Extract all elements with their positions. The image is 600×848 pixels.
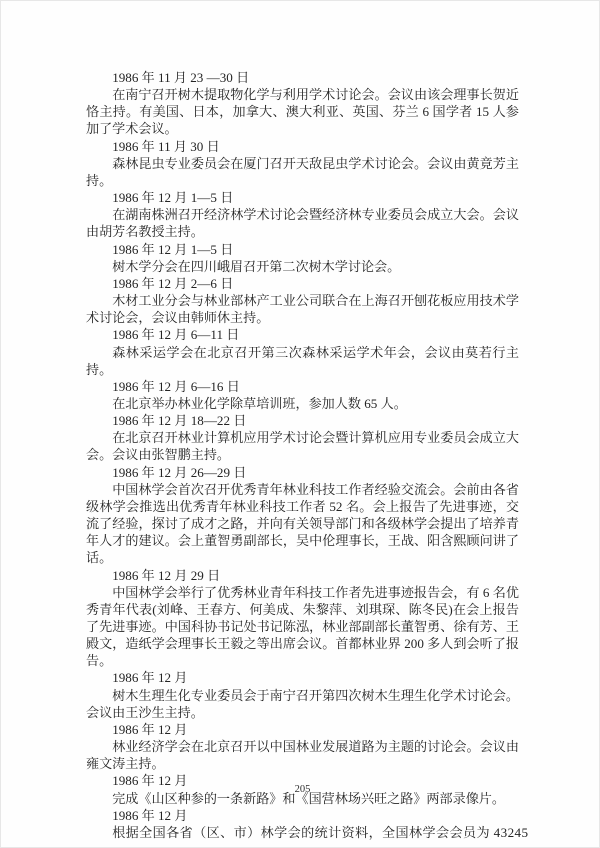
chronicle-entry: 1986 年 12 月 29 日 中国林学会举行了优秀林业青年科技工作者先进事迹…: [86, 567, 519, 670]
entry-text: 中国林学会首次召开优秀青年林业科技工作者经验交流会。会前由各省级林学会推选出优秀…: [86, 481, 519, 567]
chronicle-entry: 1986 年 11 月 30 日 森林昆虫专业委员会在厦门召开天敌昆虫学术讨论会…: [86, 138, 519, 189]
document-page: 1986 年 11 月 23 —30 日 在南宁召开树木提取物化学与利用学术讨论…: [0, 0, 600, 848]
chronicle-entry: 1986 年 12 月 林业经济学会在北京召开以中国林业发展道路为主题的讨论会。…: [86, 721, 519, 772]
chronicle-entry: 1986 年 12 月 6—11 日 森林采运学会在北京召开第三次森林采运学术年…: [86, 326, 519, 377]
entry-text: 树木生理生化专业委员会于南宁召开第四次树木生理生化学术讨论会。会议由王沙生主持。: [86, 687, 519, 721]
entry-text: 中国林学会举行了优秀林业青年科技工作者先进事迹报告会，有 6 名优秀青年代表(刘…: [86, 584, 519, 670]
entry-text: 在南宁召开树木提取物化学与利用学术讨论会。会议由该会理事长贺近恪主持。有美国、日…: [86, 86, 519, 137]
entry-date: 1986 年 11 月 30 日: [86, 138, 519, 155]
entry-text: 林业经济学会在北京召开以中国林业发展道路为主题的讨论会。会议由雍文涛主持。: [86, 738, 519, 772]
entry-date: 1986 年 12 月 1—5 日: [86, 241, 519, 258]
chronicle-entry: 1986 年 12 月 18—22 日 在北京召开林业计算机应用学术讨论会暨计算…: [86, 412, 519, 463]
entry-date: 1986 年 12 月 29 日: [86, 567, 519, 584]
chronicle-entry: 1986 年 12 月 26—29 日 中国林学会首次召开优秀青年林业科技工作者…: [86, 464, 519, 567]
entry-date: 1986 年 12 月 2—6 日: [86, 275, 519, 292]
entry-date: 1986 年 12 月 6—11 日: [86, 326, 519, 343]
chronicle-text-block: 1986 年 11 月 23 —30 日 在南宁召开树木提取物化学与利用学术讨论…: [86, 69, 519, 841]
chronicle-entry: 1986 年 12 月 2—6 日 木材工业分会与林业部林产工业公司联合在上海召…: [86, 275, 519, 326]
entry-date: 1986 年 12 月 1—5 日: [86, 189, 519, 206]
entry-date: 1986 年 12 月: [86, 807, 519, 824]
entry-date: 1986 年 11 月 23 —30 日: [86, 69, 519, 86]
entry-text: 根据全国各省（区、市）林学会的统计资料，全国林学会会员为 43245: [86, 824, 519, 841]
chronicle-entry: 1986 年 12 月 根据全国各省（区、市）林学会的统计资料，全国林学会会员为…: [86, 807, 519, 841]
entry-text: 树木学分会在四川峨眉召开第二次树木学讨论会。: [86, 258, 519, 275]
chronicle-entry: 1986 年 12 月 树木生理生化专业委员会于南宁召开第四次树木生理生化学术讨…: [86, 669, 519, 720]
entry-date: 1986 年 12 月 6—16 日: [86, 378, 519, 395]
entry-text: 在湖南株洲召开经济林学术讨论会暨经济林专业委员会成立大会。会议由胡芳名教授主持。: [86, 206, 519, 240]
entry-text: 木材工业分会与林业部林产工业公司联合在上海召开刨花板应用技术学术讨论会，会议由韩…: [86, 292, 519, 326]
entry-text: 在北京召开林业计算机应用学术讨论会暨计算机应用专业委员会成立大会。会议由张智鹏主…: [86, 429, 519, 463]
entry-date: 1986 年 12 月 18—22 日: [86, 412, 519, 429]
entry-date: 1986 年 12 月: [86, 669, 519, 686]
chronicle-entry: 1986 年 12 月 1—5 日 在湖南株洲召开经济林学术讨论会暨经济林专业委…: [86, 189, 519, 240]
entry-date: 1986 年 12 月 26—29 日: [86, 464, 519, 481]
entry-text: 森林采运学会在北京召开第三次森林采运学术年会，会议由莫若行主持。: [86, 344, 519, 378]
entry-text: 森林昆虫专业委员会在厦门召开天敌昆虫学术讨论会。会议由黄竟芳主持。: [86, 155, 519, 189]
chronicle-entry: 1986 年 12 月 6—16 日 在北京举办林业化学除草培训班，参加人数 6…: [86, 378, 519, 412]
chronicle-entry: 1986 年 11 月 23 —30 日 在南宁召开树木提取物化学与利用学术讨论…: [86, 69, 519, 138]
entry-date: 1986 年 12 月: [86, 721, 519, 738]
entry-text: 在北京举办林业化学除草培训班，参加人数 65 人。: [86, 395, 519, 412]
page-number: 205: [86, 784, 519, 795]
chronicle-entry: 1986 年 12 月 1—5 日 树木学分会在四川峨眉召开第二次树木学讨论会。: [86, 241, 519, 275]
